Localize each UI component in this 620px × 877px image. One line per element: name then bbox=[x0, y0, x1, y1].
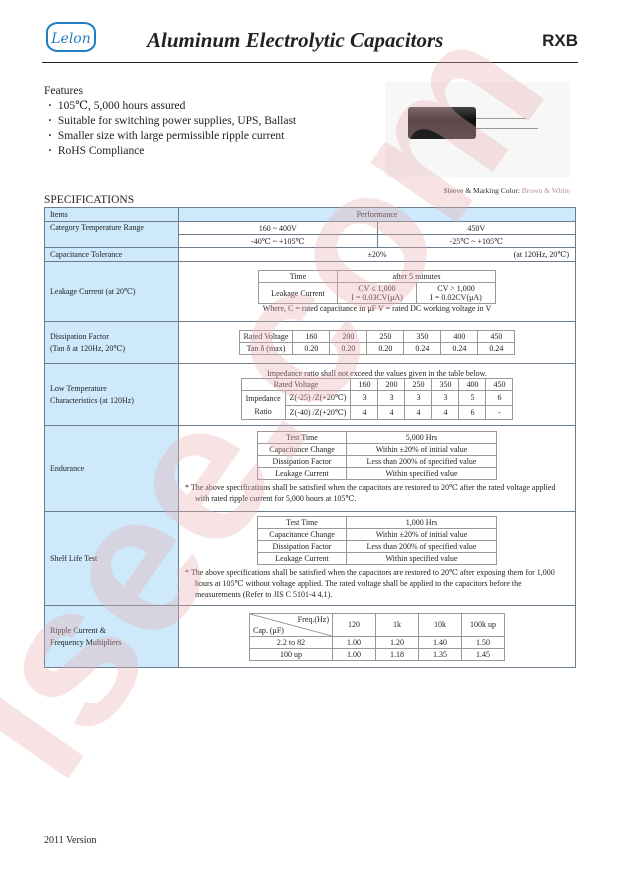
row-temp-range-label: Category Temperature Range bbox=[45, 222, 179, 248]
df-value: 0.24 bbox=[441, 343, 478, 355]
lt-impedance-ratio-label: ImpedanceRatio bbox=[241, 391, 285, 420]
ripple-cap-label: Cap. (μF) bbox=[253, 626, 284, 635]
low-temp-intro: Impedance ratio shall not exceed the val… bbox=[179, 369, 575, 378]
endurance-param: Test Time bbox=[258, 432, 347, 444]
cv-formula: I = 0.02CV(μA) bbox=[421, 293, 491, 302]
shelf-note-line: * The above specifications shall be sati… bbox=[185, 568, 555, 577]
lt-z25-value: 3 bbox=[351, 391, 378, 406]
shelf-life-row: Test Time1,000 Hrs bbox=[258, 516, 497, 528]
ripple-multiplier: 1.18 bbox=[376, 648, 419, 660]
shelf-life-value: 1,000 Hrs bbox=[347, 516, 497, 528]
df-value: 0.20 bbox=[367, 343, 404, 355]
row-leakage-label: Leakage Current (at 20℃) bbox=[45, 262, 179, 322]
ripple-multiplier: 1.35 bbox=[419, 648, 462, 660]
temp-t2: -25℃ ~ +105℃ bbox=[377, 235, 576, 248]
cv-cond: CV ≤ 1,000 bbox=[342, 284, 412, 293]
ripple-multiplier: 1.45 bbox=[462, 648, 505, 660]
shelf-note-line: hours at 105℃ without voltage applied. T… bbox=[185, 578, 569, 589]
df-voltage: 160 bbox=[293, 331, 330, 343]
shelf-life-row: Dissipation FactorLess than 200% of spec… bbox=[258, 540, 497, 552]
endurance-value: Within ±20% of initial value bbox=[347, 444, 497, 456]
ripple-label-line1: Ripple Current & bbox=[50, 626, 178, 635]
endurance-row: Test Time5,000 Hrs bbox=[258, 432, 497, 444]
lt-voltage: 200 bbox=[378, 379, 405, 391]
lt-voltage: 400 bbox=[459, 379, 486, 391]
ripple-table: Freq.(Hz) Cap. (μF) 1201k10k100k up 2.2 … bbox=[249, 613, 505, 661]
temp-v2: 450V bbox=[377, 222, 576, 235]
ripple-row: 100 up1.001.181.351.45 bbox=[250, 648, 505, 660]
ripple-freq-label: Freq.(Hz) bbox=[298, 615, 329, 624]
endurance-note-line: * The above specifications shall be sati… bbox=[185, 483, 555, 492]
endurance-param: Dissipation Factor bbox=[258, 456, 347, 468]
cv-cond: CV > 1,000 bbox=[421, 284, 491, 293]
cap-tolerance-value: ±20% bbox=[367, 250, 386, 259]
ripple-label-line2: Frequency Multipliers bbox=[50, 638, 178, 647]
lt-ratio-label: Ratio bbox=[246, 405, 281, 418]
features-section: Features 105℃, 5,000 hours assured Suita… bbox=[44, 84, 296, 159]
lt-voltage: 450 bbox=[486, 379, 513, 391]
df-voltage: 250 bbox=[367, 331, 404, 343]
ripple-row: 2.2 to 821.001.201.401.50 bbox=[250, 636, 505, 648]
version-footer: 2011 Version bbox=[44, 835, 97, 846]
lt-z25-value: 3 bbox=[405, 391, 432, 406]
low-temp-label-line2: Characteristics (at 120Hz) bbox=[50, 396, 178, 405]
endurance-note-line: with rated ripple current for 5,000 hour… bbox=[185, 493, 569, 504]
endurance-note: * The above specifications shall be sati… bbox=[179, 480, 575, 506]
lt-z40-value: 4 bbox=[351, 405, 378, 420]
capacitor-photo bbox=[385, 82, 570, 177]
feature-item: Suitable for switching power supplies, U… bbox=[44, 114, 296, 129]
capacitor-body-image bbox=[408, 107, 476, 139]
lt-impedance-label: Impedance bbox=[246, 392, 281, 405]
df-voltage: 400 bbox=[441, 331, 478, 343]
shelf-life-param: Capacitance Change bbox=[258, 528, 347, 540]
ripple-multiplier: 1.40 bbox=[419, 636, 462, 648]
temp-t1: -40℃ ~ +105℃ bbox=[179, 235, 378, 248]
feature-item: RoHS Compliance bbox=[44, 144, 296, 159]
ripple-cap: 100 up bbox=[250, 648, 333, 660]
df-rated-voltage-label: Rated Voltage bbox=[239, 331, 293, 343]
lt-z40-value: 4 bbox=[378, 405, 405, 420]
row-low-temp-label: Low Temperature Characteristics (at 120H… bbox=[45, 364, 179, 426]
temp-v1: 160 ~ 400V bbox=[179, 222, 378, 235]
lt-z25-value: 5 bbox=[459, 391, 486, 406]
ripple-cap: 2.2 to 82 bbox=[250, 636, 333, 648]
df-voltage: 350 bbox=[404, 331, 441, 343]
shelf-life-param: Test Time bbox=[258, 516, 347, 528]
ripple-cell: Freq.(Hz) Cap. (μF) 1201k10k100k up 2.2 … bbox=[179, 606, 576, 668]
lt-z25-value: 6 bbox=[486, 391, 513, 406]
ripple-multiplier: 1.00 bbox=[333, 648, 376, 660]
low-temp-table: Rated Voltage160200250350400450 Impedanc… bbox=[241, 378, 514, 420]
capacitor-lead bbox=[476, 128, 538, 129]
endurance-row: Leakage CurrentWithin specified value bbox=[258, 468, 497, 480]
shelf-life-param: Dissipation Factor bbox=[258, 540, 347, 552]
features-list: 105℃, 5,000 hours assured Suitable for s… bbox=[44, 99, 296, 159]
ripple-freq: 120 bbox=[333, 613, 376, 636]
sleeve-marking-color: Sleeve & Marking Color: Brown & White bbox=[443, 186, 570, 195]
feature-item: 105℃, 5,000 hours assured bbox=[44, 99, 296, 114]
ripple-freq: 1k bbox=[376, 613, 419, 636]
lt-z40-value: 4 bbox=[405, 405, 432, 420]
lt-z25-value: 3 bbox=[378, 391, 405, 406]
ripple-multiplier: 1.00 bbox=[333, 636, 376, 648]
shelf-life-note: * The above specifications shall be sati… bbox=[179, 565, 575, 602]
leakage-table: Time after 5 minutes Leakage Current CV … bbox=[258, 270, 496, 304]
leakage-time-label: Time bbox=[259, 271, 338, 283]
lt-z40-value: 6 bbox=[459, 405, 486, 420]
dissipation-table: Rated Voltage160200250350400450 Tan δ (m… bbox=[239, 330, 516, 355]
lt-z25-label: Z(-25) /Z(+20℃) bbox=[285, 391, 351, 406]
ripple-multiplier: 1.20 bbox=[376, 636, 419, 648]
ripple-freq: 100k up bbox=[462, 613, 505, 636]
specifications-heading: SPECIFICATIONS bbox=[44, 194, 134, 206]
capacitor-lead bbox=[476, 118, 526, 119]
sleeve-value: Brown & White bbox=[522, 186, 570, 195]
lt-z25-value: 3 bbox=[432, 391, 459, 406]
leakage-cv-small: CV ≤ 1,000I = 0.03CV(μA) bbox=[338, 283, 417, 304]
endurance-value: Less than 200% of specified value bbox=[347, 456, 497, 468]
lt-z40-value: - bbox=[486, 405, 513, 420]
shelf-life-value: Less than 200% of specified value bbox=[347, 540, 497, 552]
cap-tolerance-cell: ±20% (at 120Hz, 20℃) bbox=[179, 248, 576, 262]
ripple-freq: 10k bbox=[419, 613, 462, 636]
row-cap-tolerance-label: Capacitance Tolerance bbox=[45, 248, 179, 262]
lt-voltage: 160 bbox=[351, 379, 378, 391]
ripple-multiplier: 1.50 bbox=[462, 636, 505, 648]
low-temp-cell: Impedance ratio shall not exceed the val… bbox=[179, 364, 576, 426]
ripple-diagonal-header: Freq.(Hz) Cap. (μF) bbox=[250, 613, 333, 636]
leakage-cell: Time after 5 minutes Leakage Current CV … bbox=[179, 262, 576, 322]
col-items: Items bbox=[45, 208, 179, 222]
shelf-life-value: Within ±20% of initial value bbox=[347, 528, 497, 540]
dissipation-label-line1: Dissipation Factor bbox=[50, 332, 178, 341]
df-value: 0.24 bbox=[404, 343, 441, 355]
endurance-param: Leakage Current bbox=[258, 468, 347, 480]
row-ripple-label: Ripple Current & Frequency Multipliers bbox=[45, 606, 179, 668]
df-value: 0.24 bbox=[478, 343, 515, 355]
endurance-table: Test Time5,000 HrsCapacitance ChangeWith… bbox=[257, 431, 497, 480]
dissipation-label-line2: (Tan δ at 120Hz, 20℃) bbox=[50, 344, 178, 353]
endurance-param: Capacitance Change bbox=[258, 444, 347, 456]
cv-formula: I = 0.03CV(μA) bbox=[342, 293, 412, 302]
df-tan-label: Tan δ (max) bbox=[239, 343, 293, 355]
df-voltage: 450 bbox=[478, 331, 515, 343]
col-performance: Performance bbox=[179, 208, 576, 222]
endurance-value: 5,000 Hrs bbox=[347, 432, 497, 444]
feature-item: Smaller size with large permissible ripp… bbox=[44, 129, 296, 144]
lt-z40-label: Z(-40) /Z(+20℃) bbox=[285, 405, 351, 420]
endurance-row: Dissipation FactorLess than 200% of spec… bbox=[258, 456, 497, 468]
df-value: 0.20 bbox=[330, 343, 367, 355]
low-temp-label-line1: Low Temperature bbox=[50, 384, 178, 393]
lt-voltage: 250 bbox=[405, 379, 432, 391]
shelf-life-table: Test Time1,000 HrsCapacitance ChangeWith… bbox=[257, 516, 497, 565]
shelf-life-cell: Test Time1,000 HrsCapacitance ChangeWith… bbox=[179, 512, 576, 606]
cap-tolerance-condition: (at 120Hz, 20℃) bbox=[514, 250, 569, 259]
leakage-where-note: Where, C = rated capacitance in μF V = r… bbox=[179, 304, 575, 313]
df-voltage: 200 bbox=[330, 331, 367, 343]
lt-voltage: 350 bbox=[432, 379, 459, 391]
row-dissipation-label: Dissipation Factor (Tan δ at 120Hz, 20℃) bbox=[45, 322, 179, 364]
endurance-cell: Test Time5,000 HrsCapacitance ChangeWith… bbox=[179, 426, 576, 512]
df-value: 0.20 bbox=[293, 343, 330, 355]
row-endurance-label: Endurance bbox=[45, 426, 179, 512]
leakage-time-value: after 5 minutes bbox=[338, 271, 496, 283]
page-header: Lelon Aluminum Electrolytic Capacitors R… bbox=[42, 20, 578, 63]
sleeve-label: Sleeve & Marking Color: bbox=[443, 186, 519, 195]
endurance-row: Capacitance ChangeWithin ±20% of initial… bbox=[258, 444, 497, 456]
leakage-current-label: Leakage Current bbox=[259, 283, 338, 304]
shelf-note-line: measurements (Refer to JIS C 5101-4 4.1)… bbox=[185, 589, 569, 600]
shelf-life-value: Within specified value bbox=[347, 552, 497, 564]
series-code: RXB bbox=[542, 31, 578, 51]
shelf-life-param: Leakage Current bbox=[258, 552, 347, 564]
leakage-cv-large: CV > 1,000I = 0.02CV(μA) bbox=[417, 283, 496, 304]
row-shelf-life-label: Shelf Life Test bbox=[45, 512, 179, 606]
shelf-life-row: Capacitance ChangeWithin ±20% of initial… bbox=[258, 528, 497, 540]
lt-z40-value: 4 bbox=[432, 405, 459, 420]
lelon-logo: Lelon bbox=[46, 22, 96, 52]
page-title: Aluminum Electrolytic Capacitors bbox=[147, 28, 443, 53]
dissipation-cell: Rated Voltage160200250350400450 Tan δ (m… bbox=[179, 322, 576, 364]
endurance-value: Within specified value bbox=[347, 468, 497, 480]
shelf-life-row: Leakage CurrentWithin specified value bbox=[258, 552, 497, 564]
lt-rated-voltage-label: Rated Voltage bbox=[241, 379, 351, 391]
features-heading: Features bbox=[44, 84, 296, 99]
specifications-table: Items Performance Category Temperature R… bbox=[44, 207, 576, 668]
